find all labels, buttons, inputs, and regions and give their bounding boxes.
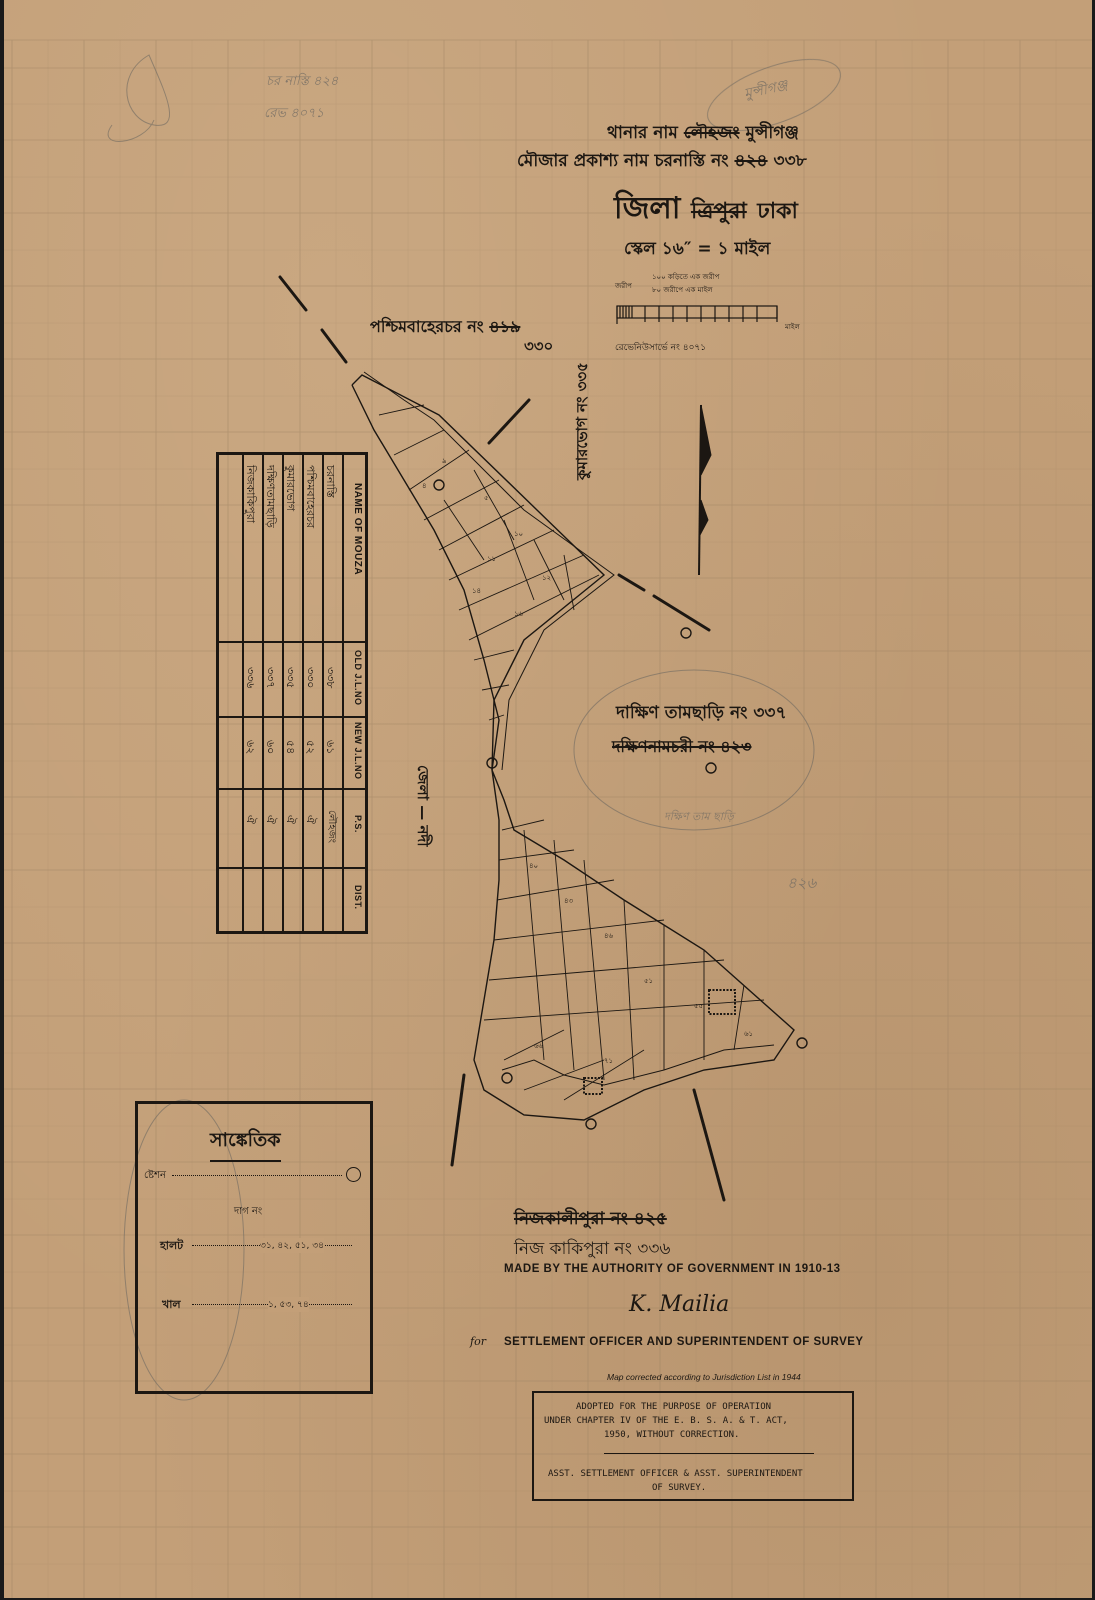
for-prefix: for (470, 1335, 486, 1348)
pencil-note-top-left-2: রেভ ৪০৭১ (264, 104, 324, 125)
thana-new: মুন্সীগঞ্জ (746, 123, 799, 143)
neighbor-se-new: দাক্ষিণ তামছাড়ি নং ৩৩৭ (616, 700, 787, 728)
neighbor-nw-new: ৩৩০ (524, 335, 553, 360)
scale-text: স্কেল ১৬″ = ১ মাইল (624, 236, 770, 264)
legend-station-label: ষ্টেশন (144, 1168, 166, 1185)
stamp-line-1: ADOPTED FOR THE PURPOSE OF OPERATION (576, 1402, 771, 1412)
neighbor-south-old: নিজকালীপুরা নং ৪২৫ (514, 1206, 667, 1234)
stamp-signature-line (604, 1453, 814, 1454)
mouza-label: মৌজার প্রকাশ্য নাম (517, 151, 649, 171)
col-header-ps: P.S. (353, 815, 363, 833)
north-arrow-icon (699, 405, 711, 575)
scale-line-2: ৮০ জরীপে এক মাইল (652, 284, 712, 296)
scale-right-label: মাইল (785, 321, 800, 333)
station-marker (586, 1119, 596, 1129)
legend-title: সাঙ্কেতিক (210, 1126, 281, 1162)
station-marker (681, 628, 691, 638)
legend-dag-label: দাগ নং (234, 1204, 262, 1221)
mouza-name: চরনাস্তি নং (654, 151, 728, 171)
scale-line-1: ১০০ কড়িতে এক জরীপ (652, 271, 719, 283)
settlement-officer-text: SETTLEMENT OFFICER AND SUPERINTENDENT OF… (504, 1336, 864, 1348)
col-header-old-jl: OLD J.L.NO (353, 650, 363, 706)
col-header-dist: DIST. (353, 885, 363, 910)
mouza-no-old: ৪২৪ (734, 151, 767, 171)
station-marker (434, 480, 444, 490)
correction-note: Map corrected according to Jurisdiction … (607, 1372, 801, 1382)
district-new: ঢাকা (757, 199, 798, 224)
officer-signature: K. Mailia (629, 1292, 729, 1317)
stamp-officer-2: OF SURVEY. (652, 1483, 706, 1493)
neighbor-ne-vertical: কুমারভোগ নং ৩৩৫ (571, 362, 596, 480)
pencil-note-right-lower: দক্ষিণ তাম ছাড়ি (664, 808, 734, 827)
neighbor-se-old: দক্ষিণনামচরী নং ৪২৩ (612, 734, 751, 761)
scale-left-label: জরীপ (615, 280, 632, 292)
stamp-officer-1: ASST. SETTLEMENT OFFICER & ASST. SUPERIN… (548, 1469, 803, 1479)
district-old: ত্রিপুরা (691, 199, 747, 224)
stamp-line-2: UNDER CHAPTER IV OF THE E. B. S. A. & T.… (544, 1416, 788, 1426)
station-marker (706, 763, 716, 773)
legend-khal-values: ১, ৫৩, ৭৪ (268, 1297, 309, 1312)
station-marker (797, 1038, 807, 1048)
legend-khal-label: খাল (162, 1296, 181, 1315)
mouza-table: NAME OF MOUZA OLD J.L.NO NEW J.L.NO P.S.… (216, 452, 368, 934)
neighbor-west-vertical: জেলা — নদী (409, 765, 434, 847)
legend-halot-label: হালট (160, 1237, 183, 1256)
mouza-no-new: ৩৩৮ (774, 151, 807, 171)
district-label: জিলা (614, 191, 680, 226)
neighbor-nw-label: পশ্চিমবাহেরচর নং (370, 317, 484, 336)
adoption-stamp: ADOPTED FOR THE PURPOSE OF OPERATION UND… (532, 1391, 854, 1501)
col-header-new-jl: NEW J.L.NO (353, 722, 363, 780)
neighbor-nw-old: ৪১৯ (489, 317, 520, 336)
thana-label: থানার নাম (607, 123, 678, 143)
legend-station-line (172, 1175, 342, 1176)
pencil-note-right-mid: ৪২৬ (787, 872, 816, 897)
legend-halot-values: ৩১, ৪২, ৫১, ৩৪ (260, 1238, 324, 1253)
scale-bar (617, 306, 777, 324)
legend-box: সাঙ্কেতিক ষ্টেশন দাগ নং হালট ৩১, ৪২, ৫১,… (135, 1101, 373, 1394)
station-marker (502, 1073, 512, 1083)
authority-text: MADE BY THE AUTHORITY OF GOVERNMENT IN 1… (504, 1263, 841, 1275)
neighbor-south-new: নিজ কাকিপুরা নং ৩৩৬ (514, 1236, 670, 1264)
pencil-note-top-left-1: চর নাস্তি ৪২৪ (266, 72, 338, 93)
thana-old: লৌহজং (684, 123, 740, 143)
boundary-north-east (352, 375, 604, 770)
col-header-name: NAME OF MOUZA (352, 483, 363, 575)
stamp-line-3: 1950, WITHOUT CORRECTION. (604, 1430, 739, 1440)
map-sheet: থানার নাম লৌহজং মুন্সীগঞ্জ মৌজার প্রকাশ্… (4, 0, 1092, 1598)
revenue-survey-no: রেভেনিউসার্ভে নং ৪০৭১ (615, 340, 706, 355)
station-symbol-icon (346, 1167, 361, 1182)
